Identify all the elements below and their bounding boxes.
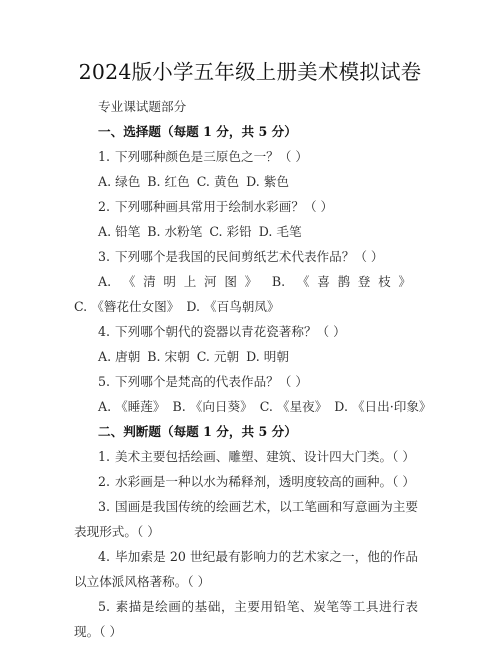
question-number: 4. xyxy=(98,324,110,339)
question-number: 1. xyxy=(98,149,110,164)
question-1: 1.下列哪种颜色是三原色之一？（ ） xyxy=(74,144,418,169)
question-text: 水彩画是一种以水为稀释剂，透明度较高的画种。（ ） xyxy=(115,474,415,489)
question-text: 下列哪种颜色是三原色之一？（ ） xyxy=(115,149,308,164)
option-d: D. 明朝 xyxy=(246,349,289,364)
question-4-options: A. 唐朝B. 宋朝C. 元朝D. 明朝 xyxy=(74,344,418,369)
section-heading-multiple-choice: 一、选择题（每题 1 分，共 5 分） xyxy=(74,119,418,144)
option-a: A. 《清明上河图》 xyxy=(98,274,265,289)
option-a: A. 唐朝 xyxy=(98,349,140,364)
question-text: 下列哪个是梵高的代表作品？（ ） xyxy=(115,374,308,389)
question-text: 下列哪个朝代的瓷器以青花瓷著称？（ ） xyxy=(115,324,346,339)
option-a: A. 绿色 xyxy=(98,174,140,189)
question-number: 2. xyxy=(98,199,110,214)
option-c: C. 黄色 xyxy=(197,174,239,189)
option-d: D. 《日出·印象》 xyxy=(334,399,431,414)
question-text: 下列哪个是我国的民间剪纸艺术代表作品？（ ） xyxy=(115,249,383,264)
question-text: 素描是绘画的基础，主要用铅笔、炭笔等工具进行表现。（ ） xyxy=(74,599,418,639)
document-title: 2024版小学五年级上册美术模拟试卷 xyxy=(0,58,500,86)
exam-page: 2024版小学五年级上册美术模拟试卷 专业课试题部分 一、选择题（每题 1 分，… xyxy=(0,0,500,647)
document-body: 专业课试题部分 一、选择题（每题 1 分，共 5 分） 1.下列哪种颜色是三原色… xyxy=(74,94,418,644)
question-text: 美术主要包括绘画、雕塑、建筑、设计四大门类。（ ） xyxy=(115,449,415,464)
option-d: D. 毛笔 xyxy=(259,224,302,239)
option-b: B. 水粉笔 xyxy=(147,224,202,239)
question-number: 3. xyxy=(98,249,110,264)
question-5-options: A. 《睡莲》B. 《向日葵》C. 《星夜》D. 《日出·印象》 xyxy=(74,394,418,419)
judgment-3: 3.国画是我国传统的绘画艺术，以工笔画和写意画为主要表现形式。（ ） xyxy=(74,494,418,544)
question-text: 下列哪种画具常用于绘制水彩画？（ ） xyxy=(115,199,333,214)
question-3: 3.下列哪个是我国的民间剪纸艺术代表作品？（ ） xyxy=(74,244,418,269)
judgment-2: 2.水彩画是一种以水为稀释剂，透明度较高的画种。（ ） xyxy=(74,469,418,494)
judgment-4: 4.毕加索是 20 世纪最有影响力的艺术家之一，他的作品以立体派风格著称。（ ） xyxy=(74,544,418,594)
option-c: C. 元朝 xyxy=(197,349,239,364)
option-a: A. 《睡莲》 xyxy=(98,399,165,414)
option-c: C. 彩铅 xyxy=(209,224,251,239)
question-4: 4.下列哪个朝代的瓷器以青花瓷著称？（ ） xyxy=(74,319,418,344)
judgment-5: 5.素描是绘画的基础，主要用铅笔、炭笔等工具进行表现。（ ） xyxy=(74,594,418,644)
option-d: D. 《百鸟朝凤》 xyxy=(186,299,279,314)
question-text: 国画是我国传统的绘画艺术，以工笔画和写意画为主要表现形式。（ ） xyxy=(74,499,418,539)
subtitle: 专业课试题部分 xyxy=(74,94,418,119)
option-b: B. 《喜鹊登枝》 xyxy=(272,274,411,289)
option-b: B. 《向日葵》 xyxy=(172,399,252,414)
question-number: 5. xyxy=(98,374,110,389)
option-b: B. 红色 xyxy=(147,174,189,189)
option-d: D. 紫色 xyxy=(246,174,289,189)
question-5: 5.下列哪个是梵高的代表作品？（ ） xyxy=(74,369,418,394)
question-number: 4. xyxy=(98,549,110,564)
question-text: 毕加索是 20 世纪最有影响力的艺术家之一，他的作品以立体派风格著称。（ ） xyxy=(74,549,418,589)
question-2-options: A. 铅笔B. 水粉笔C. 彩铅D. 毛笔 xyxy=(74,219,418,244)
question-number: 3. xyxy=(98,499,110,514)
question-2: 2.下列哪种画具常用于绘制水彩画？（ ） xyxy=(74,194,418,219)
question-3-options: A. 《清明上河图》B. 《喜鹊登枝》C. 《簪花仕女图》D. 《百鸟朝凤》 xyxy=(74,269,418,319)
question-number: 5. xyxy=(98,599,110,614)
question-number: 1. xyxy=(98,449,110,464)
judgment-1: 1.美术主要包括绘画、雕塑、建筑、设计四大门类。（ ） xyxy=(74,444,418,469)
section-heading-true-false: 二、判断题（每题 1 分，共 5 分） xyxy=(74,419,418,444)
option-c: C. 《簪花仕女图》 xyxy=(74,299,179,314)
question-1-options: A. 绿色B. 红色C. 黄色D. 紫色 xyxy=(74,169,418,194)
option-c: C. 《星夜》 xyxy=(260,399,328,414)
option-b: B. 宋朝 xyxy=(147,349,189,364)
option-a: A. 铅笔 xyxy=(98,224,140,239)
question-number: 2. xyxy=(98,474,110,489)
